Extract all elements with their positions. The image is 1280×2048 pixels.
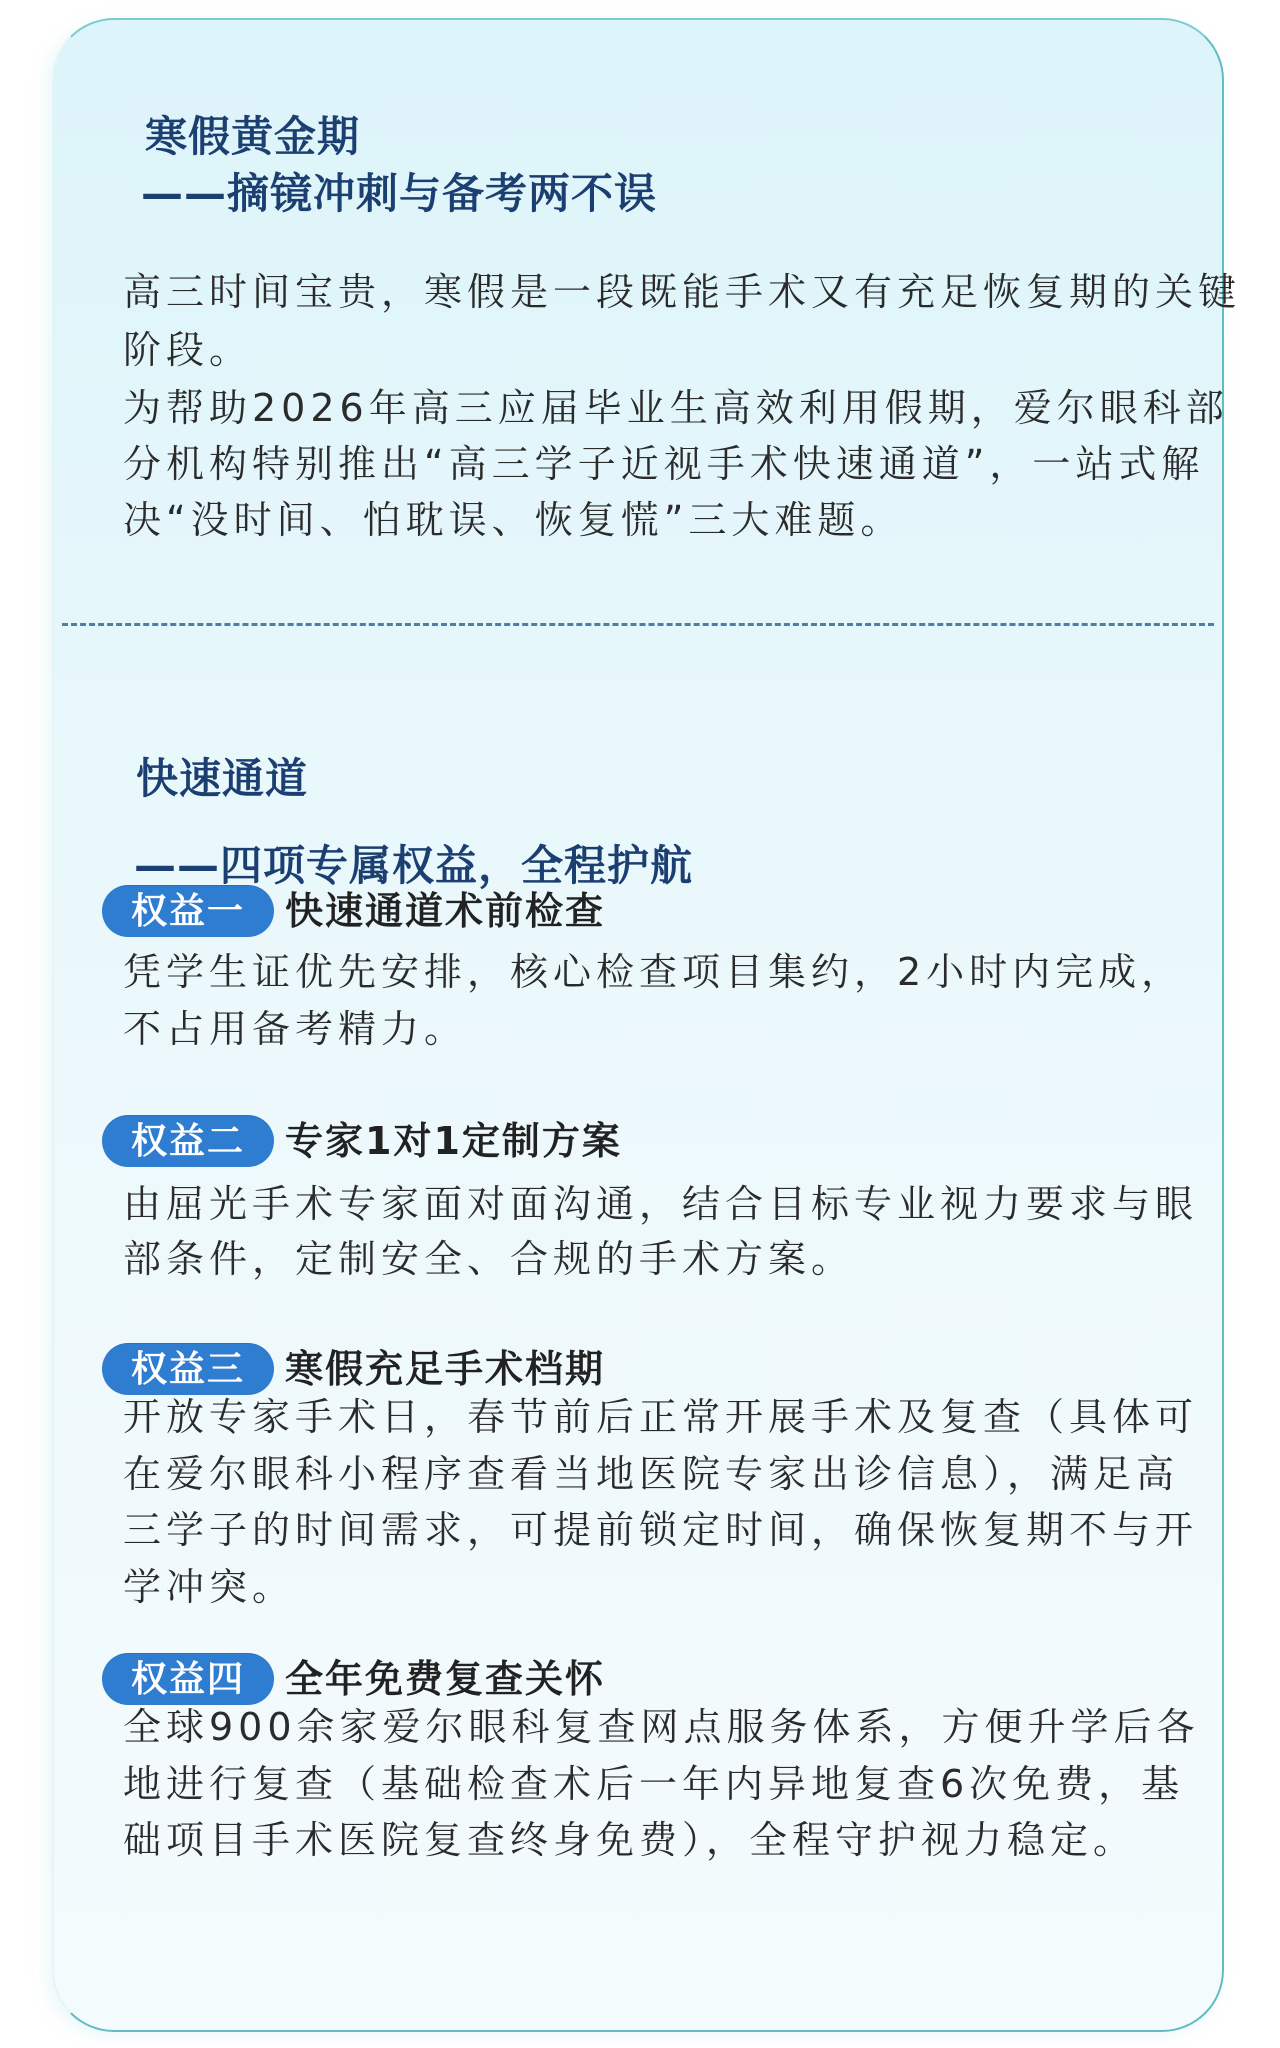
benefit-title: 寒假充足手术档期 [285,1343,605,1395]
benefit-badge: 权益一 [102,885,274,937]
benefit-body-line: 三学子的时间需求，可提前锁定时间，确保恢复期不与开 [123,1502,1198,1559]
benefit-title: 快速通道术前检查 [285,885,605,937]
benefit-body-line: 部条件，定制安全、合规的手术方案。 [123,1231,854,1288]
benefit-badge-label: 权益二 [131,1116,245,1168]
section1-title: 寒假黄金期 [145,108,360,165]
section1-body-line: 决“没时间、怕耽误、恢复慌”三大难题。 [123,492,903,549]
benefit-badge-label: 权益一 [131,886,245,938]
section2-title: 快速通道 [136,750,308,807]
benefit-body-line: 凭学生证优先安排，核心检查项目集约，2小时内完成， [123,944,1184,1001]
dashed-divider [62,623,1214,626]
benefit-badge-label: 权益三 [131,1344,245,1396]
benefit-badge: 权益四 [102,1653,274,1705]
benefit-body-line: 全球900余家爱尔眼科复查网点服务体系，方便升学后各 [123,1699,1200,1756]
benefit-body-line: 不占用备考精力。 [123,1001,467,1058]
benefit-badge: 权益二 [102,1115,274,1167]
benefit-body-line: 础项目手术医院复查终身免费），全程守护视力稳定。 [123,1812,1136,1869]
benefit-body-line: 开放专家手术日，春节前后正常开展手术及复查（具体可 [123,1389,1198,1446]
benefit-title: 专家1对1定制方案 [285,1115,622,1167]
section1-body-line: 分机构特别推出“高三学子近视手术快速通道”，一站式解 [123,436,1204,493]
benefit-badge: 权益三 [102,1343,274,1395]
benefit-body-line: 学冲突。 [123,1559,295,1616]
benefit-body-line: 在爱尔眼科小程序查看当地医院专家出诊信息），满足高 [123,1446,1179,1503]
section1-body-line: 高三时间宝贵，寒假是一段既能手术又有充足恢复期的关键 [123,264,1241,321]
section1-body-line: 阶段。 [123,322,252,379]
benefit-body-line: 地进行复查（基础检查术后一年内异地复查6次免费，基 [123,1756,1184,1813]
section1-body-line: 为帮助2026年高三应届毕业生高效利用假期，爱尔眼科部 [123,380,1229,437]
benefit-body-line: 由屈光手术专家面对面沟通，结合目标专业视力要求与眼 [123,1176,1198,1233]
section1-subtitle: ——摘镜冲刺与备考两不误 [141,165,657,222]
benefit-badge-label: 权益四 [131,1654,245,1706]
benefit-title: 全年免费复查关怀 [285,1653,605,1705]
